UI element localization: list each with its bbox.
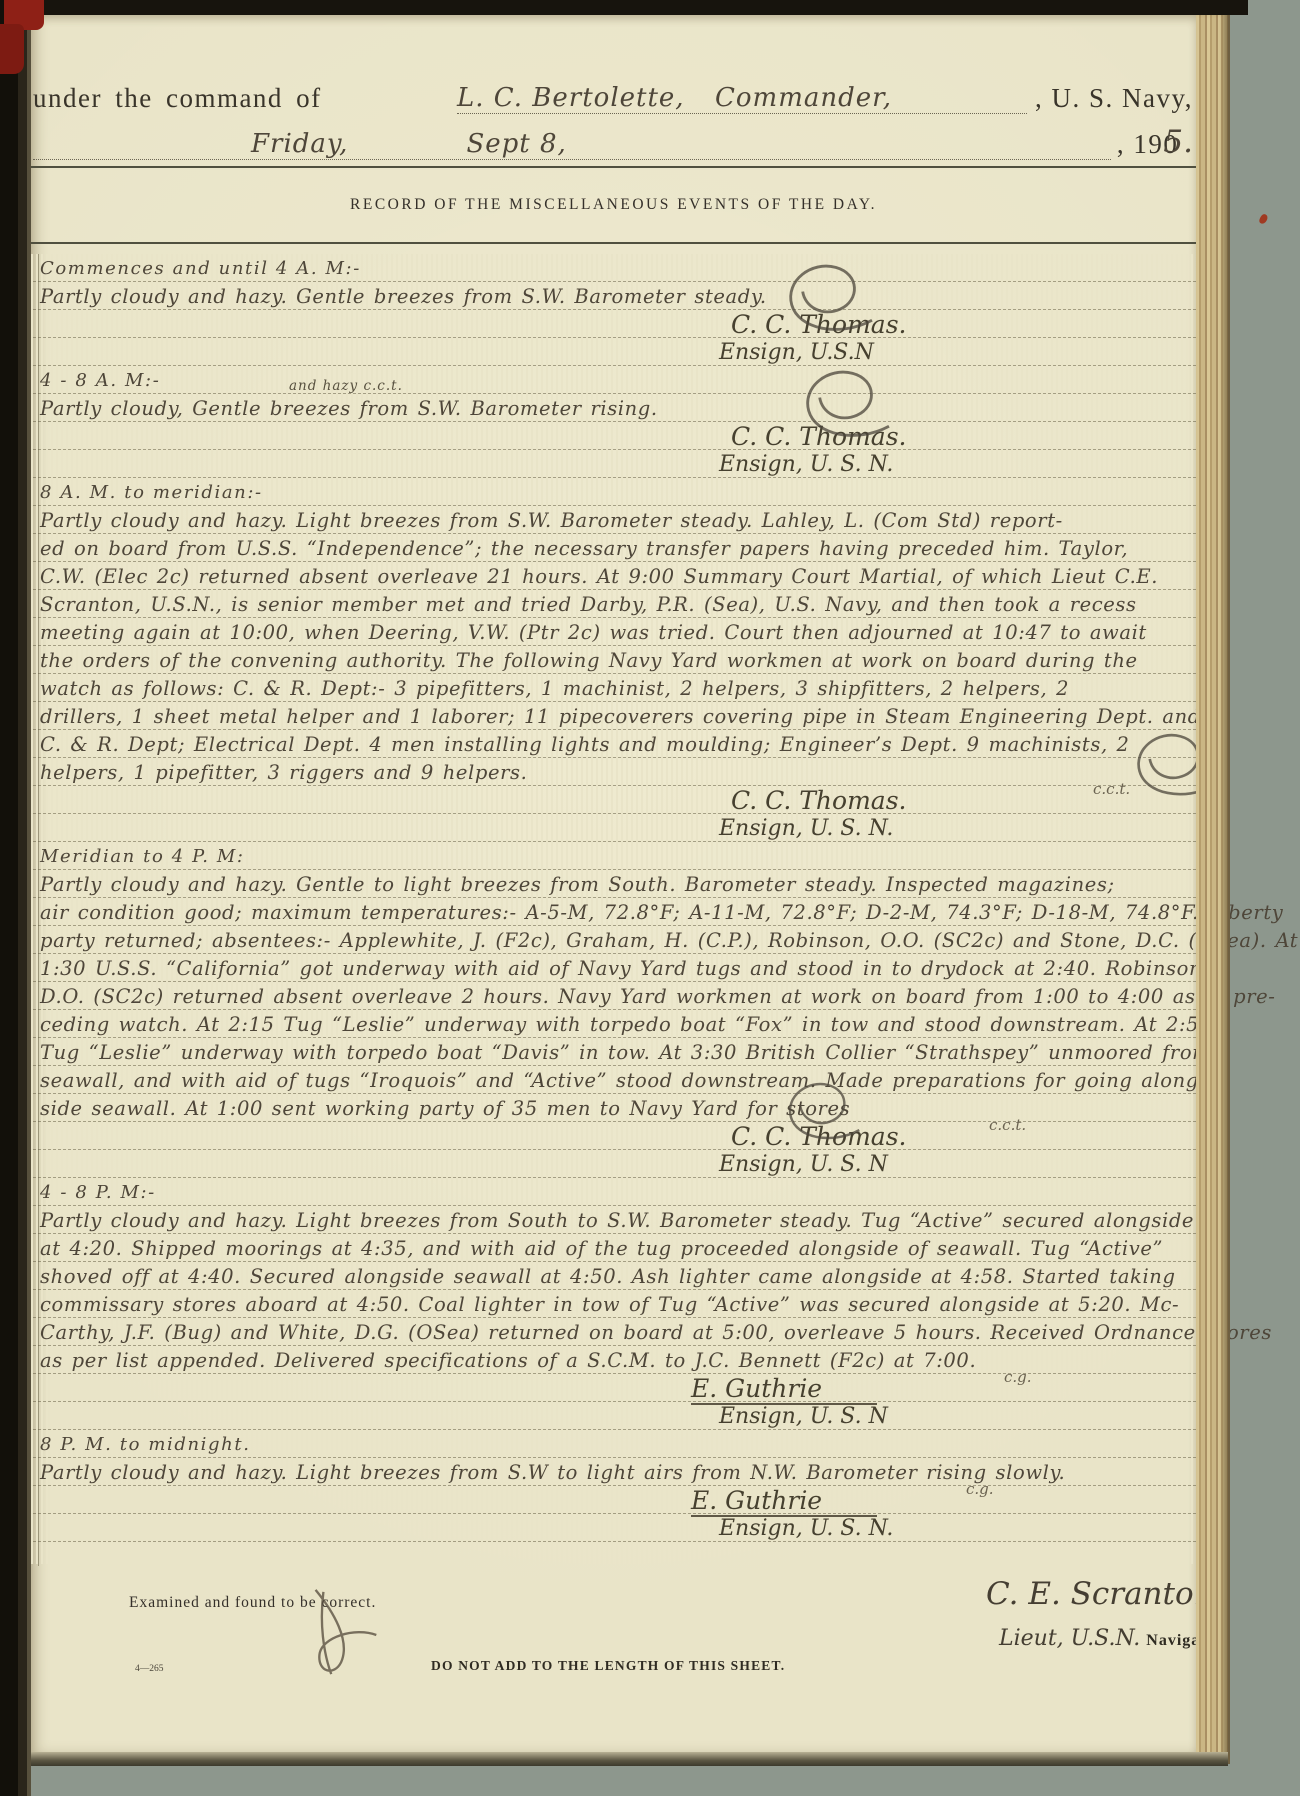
entry-body: Partly cloudy and hazy. Gentle breezes f…	[31, 282, 1196, 310]
page-bottom-shadow	[31, 1752, 1228, 1766]
signature-name: E. Guthrie	[691, 1486, 877, 1517]
signature-title: Ensign, U. S. N.	[31, 1514, 1196, 1542]
signature-line: C. C. Thomas.	[31, 422, 1196, 450]
entry-line: the orders of the convening authority. T…	[31, 646, 1196, 674]
entry-line: meeting again at 10:00, when Deering, V.…	[31, 618, 1196, 646]
record-title: RECORD OF THE MISCELLANEOUS EVENTS OF TH…	[31, 196, 1196, 214]
entry-line: drillers, 1 sheet metal helper and 1 lab…	[31, 702, 1196, 730]
entry-body: Partly cloudy, Gentle breezes from S.W. …	[31, 394, 1196, 422]
signature-flourish	[793, 358, 908, 446]
entry-line: 1:30 U.S.S. “California” got underway wi…	[31, 954, 1196, 982]
binding-edge-top	[0, 0, 1248, 15]
entry-heading: 8 A. M. to meridian:-	[31, 478, 1196, 506]
red-speck	[1258, 213, 1269, 225]
entry-line: Partly cloudy and hazy. Light breezes fr…	[31, 506, 1196, 534]
entry-line: seawall, and with aid of tugs “Iroquois”…	[31, 1066, 1196, 1094]
footer-scribble	[293, 1584, 393, 1682]
navy-suffix: , U. S. Navy,	[1027, 83, 1193, 114]
entry-line: Carthy, J.F. (Bug) and White, D.G. (OSea…	[31, 1318, 1196, 1346]
entry-line: Tug “Leslie” underway with torpedo boat …	[31, 1038, 1196, 1066]
sheet-warning: DO NOT ADD TO THE LENGTH OF THIS SHEET.	[431, 1658, 785, 1674]
logbook-page: under the command of L. C. Bertolette, C…	[31, 14, 1196, 1754]
entry-line: shoved off at 4:40. Secured alongside se…	[31, 1262, 1196, 1290]
entry-line: party returned; absentees:- Applewhite, …	[31, 926, 1196, 954]
year-written-digit: 5.	[1163, 124, 1193, 160]
entry-line: ed on board from U.S.S. “Independence”; …	[31, 534, 1196, 562]
log-entry-4-8pm: 4 - 8 P. M:- Partly cloudy and hazy. Lig…	[31, 1178, 1196, 1430]
commander-name: L. C. Bertolette,	[457, 83, 715, 113]
entry-heading: 8 P. M. to midnight.	[31, 1430, 1196, 1458]
entry-line: helpers, 1 pipefitter, 3 riggers and 9 h…	[31, 758, 1196, 786]
binding-edge-left	[0, 0, 31, 1796]
entry-line: Partly cloudy, Gentle breezes from S.W. …	[31, 394, 1196, 422]
reviewer-initials: c.g.	[966, 1480, 994, 1498]
signature-title: Ensign, U. S. N.	[31, 450, 1196, 478]
signature-name: E. Guthrie	[691, 1374, 877, 1405]
entry-body: Partly cloudy and hazy. Light breezes fr…	[31, 506, 1196, 786]
commander-rank: Commander,	[715, 83, 892, 113]
book-page-edges	[1196, 12, 1230, 1764]
log-entry-8am-meridian: 8 A. M. to meridian:- Partly cloudy and …	[31, 478, 1196, 842]
signature-flourish	[759, 1072, 894, 1147]
entry-line: Scranton, U.S.N., is senior member met a…	[31, 590, 1196, 618]
red-mark	[0, 24, 24, 74]
entry-body: Partly cloudy and hazy. Gentle to light …	[31, 870, 1196, 1122]
date-text: Sept 8,	[466, 129, 566, 159]
caret-insertion: and hazy c.c.t.	[289, 378, 403, 394]
entry-line: at 4:20. Shipped moorings at 4:35, and w…	[31, 1234, 1196, 1262]
signature-title: Ensign, U. S. N.	[31, 814, 1196, 842]
date-line: Friday, Sept 8, , 190 5.	[33, 116, 1193, 160]
date-underline: Friday, Sept 8,	[33, 115, 1111, 160]
double-rule-top	[31, 166, 1196, 174]
signature-flourish	[776, 252, 891, 340]
signature-title: Ensign, U. S. N	[31, 1402, 1196, 1430]
command-underline: L. C. Bertolette, Commander,	[457, 71, 1027, 114]
navigator-rank: Lieut, U.S.N.	[999, 1626, 1140, 1651]
signature-line: C. C. Thomas.	[31, 310, 1196, 338]
entry-heading: 4 - 8 P. M:-	[31, 1178, 1196, 1206]
entry-line: Partly cloudy and hazy. Light breezes fr…	[31, 1458, 1196, 1486]
entry-body: Partly cloudy and hazy. Light breezes fr…	[31, 1458, 1196, 1486]
signature-name: C. C. Thomas.	[731, 786, 906, 815]
entry-line: C. & R. Dept; Electrical Dept. 4 men ins…	[31, 730, 1196, 758]
entry-line: commissary stores aboard at 4:50. Coal l…	[31, 1290, 1196, 1318]
log-entry-8pm-midnight: 8 P. M. to midnight. Partly cloudy and h…	[31, 1430, 1196, 1542]
entry-line: Partly cloudy and hazy. Gentle breezes f…	[31, 282, 1196, 310]
entry-line: Partly cloudy and hazy. Light breezes fr…	[31, 1206, 1196, 1234]
entry-line: ceding watch. At 2:15 Tug “Leslie” under…	[31, 1010, 1196, 1038]
navigator-signature: C. E. Scranton	[986, 1576, 1214, 1612]
entry-heading: Commences and until 4 A. M:-	[31, 254, 1196, 282]
double-rule-bottom	[31, 242, 1196, 250]
log-entry-commences: Commences and until 4 A. M:- Partly clou…	[31, 254, 1196, 366]
entry-line: air condition good; maximum temperatures…	[31, 898, 1196, 926]
signature-line: C. C. Thomas.	[31, 786, 1196, 814]
entry-line: C.W. (Elec 2c) returned absent overleave…	[31, 562, 1196, 590]
entry-heading: 4 - 8 A. M:-	[31, 366, 1196, 394]
scanned-logbook-photo: under the command of L. C. Bertolette, C…	[0, 0, 1300, 1796]
signature-line: E. Guthrie	[31, 1486, 1196, 1514]
weekday: Friday,	[251, 129, 348, 159]
navigator-title-line: Lieut, U.S.N.Navigator.	[999, 1626, 1227, 1651]
form-number: 4—265	[135, 1664, 164, 1674]
entry-line: Partly cloudy and hazy. Gentle to light …	[31, 870, 1196, 898]
entry-line: watch as follows: C. & R. Dept:- 3 pipef…	[31, 674, 1196, 702]
entry-body: Partly cloudy and hazy. Light breezes fr…	[31, 1206, 1196, 1374]
reviewer-initials: c.c.t.	[989, 1116, 1026, 1134]
entry-heading: Meridian to 4 P. M:	[31, 842, 1196, 870]
log-entry-4-8am: 4 - 8 A. M:- Partly cloudy, Gentle breez…	[31, 366, 1196, 478]
signature-title: Ensign, U.S.N	[31, 338, 1196, 366]
command-prefix: under the command of	[33, 83, 457, 114]
command-line: under the command of L. C. Bertolette, C…	[33, 72, 1193, 114]
signature-title: Ensign, U. S. N	[31, 1150, 1196, 1178]
entry-line: D.O. (SC2c) returned absent overleave 2 …	[31, 982, 1196, 1010]
reviewer-initials: c.g.	[1004, 1368, 1032, 1386]
